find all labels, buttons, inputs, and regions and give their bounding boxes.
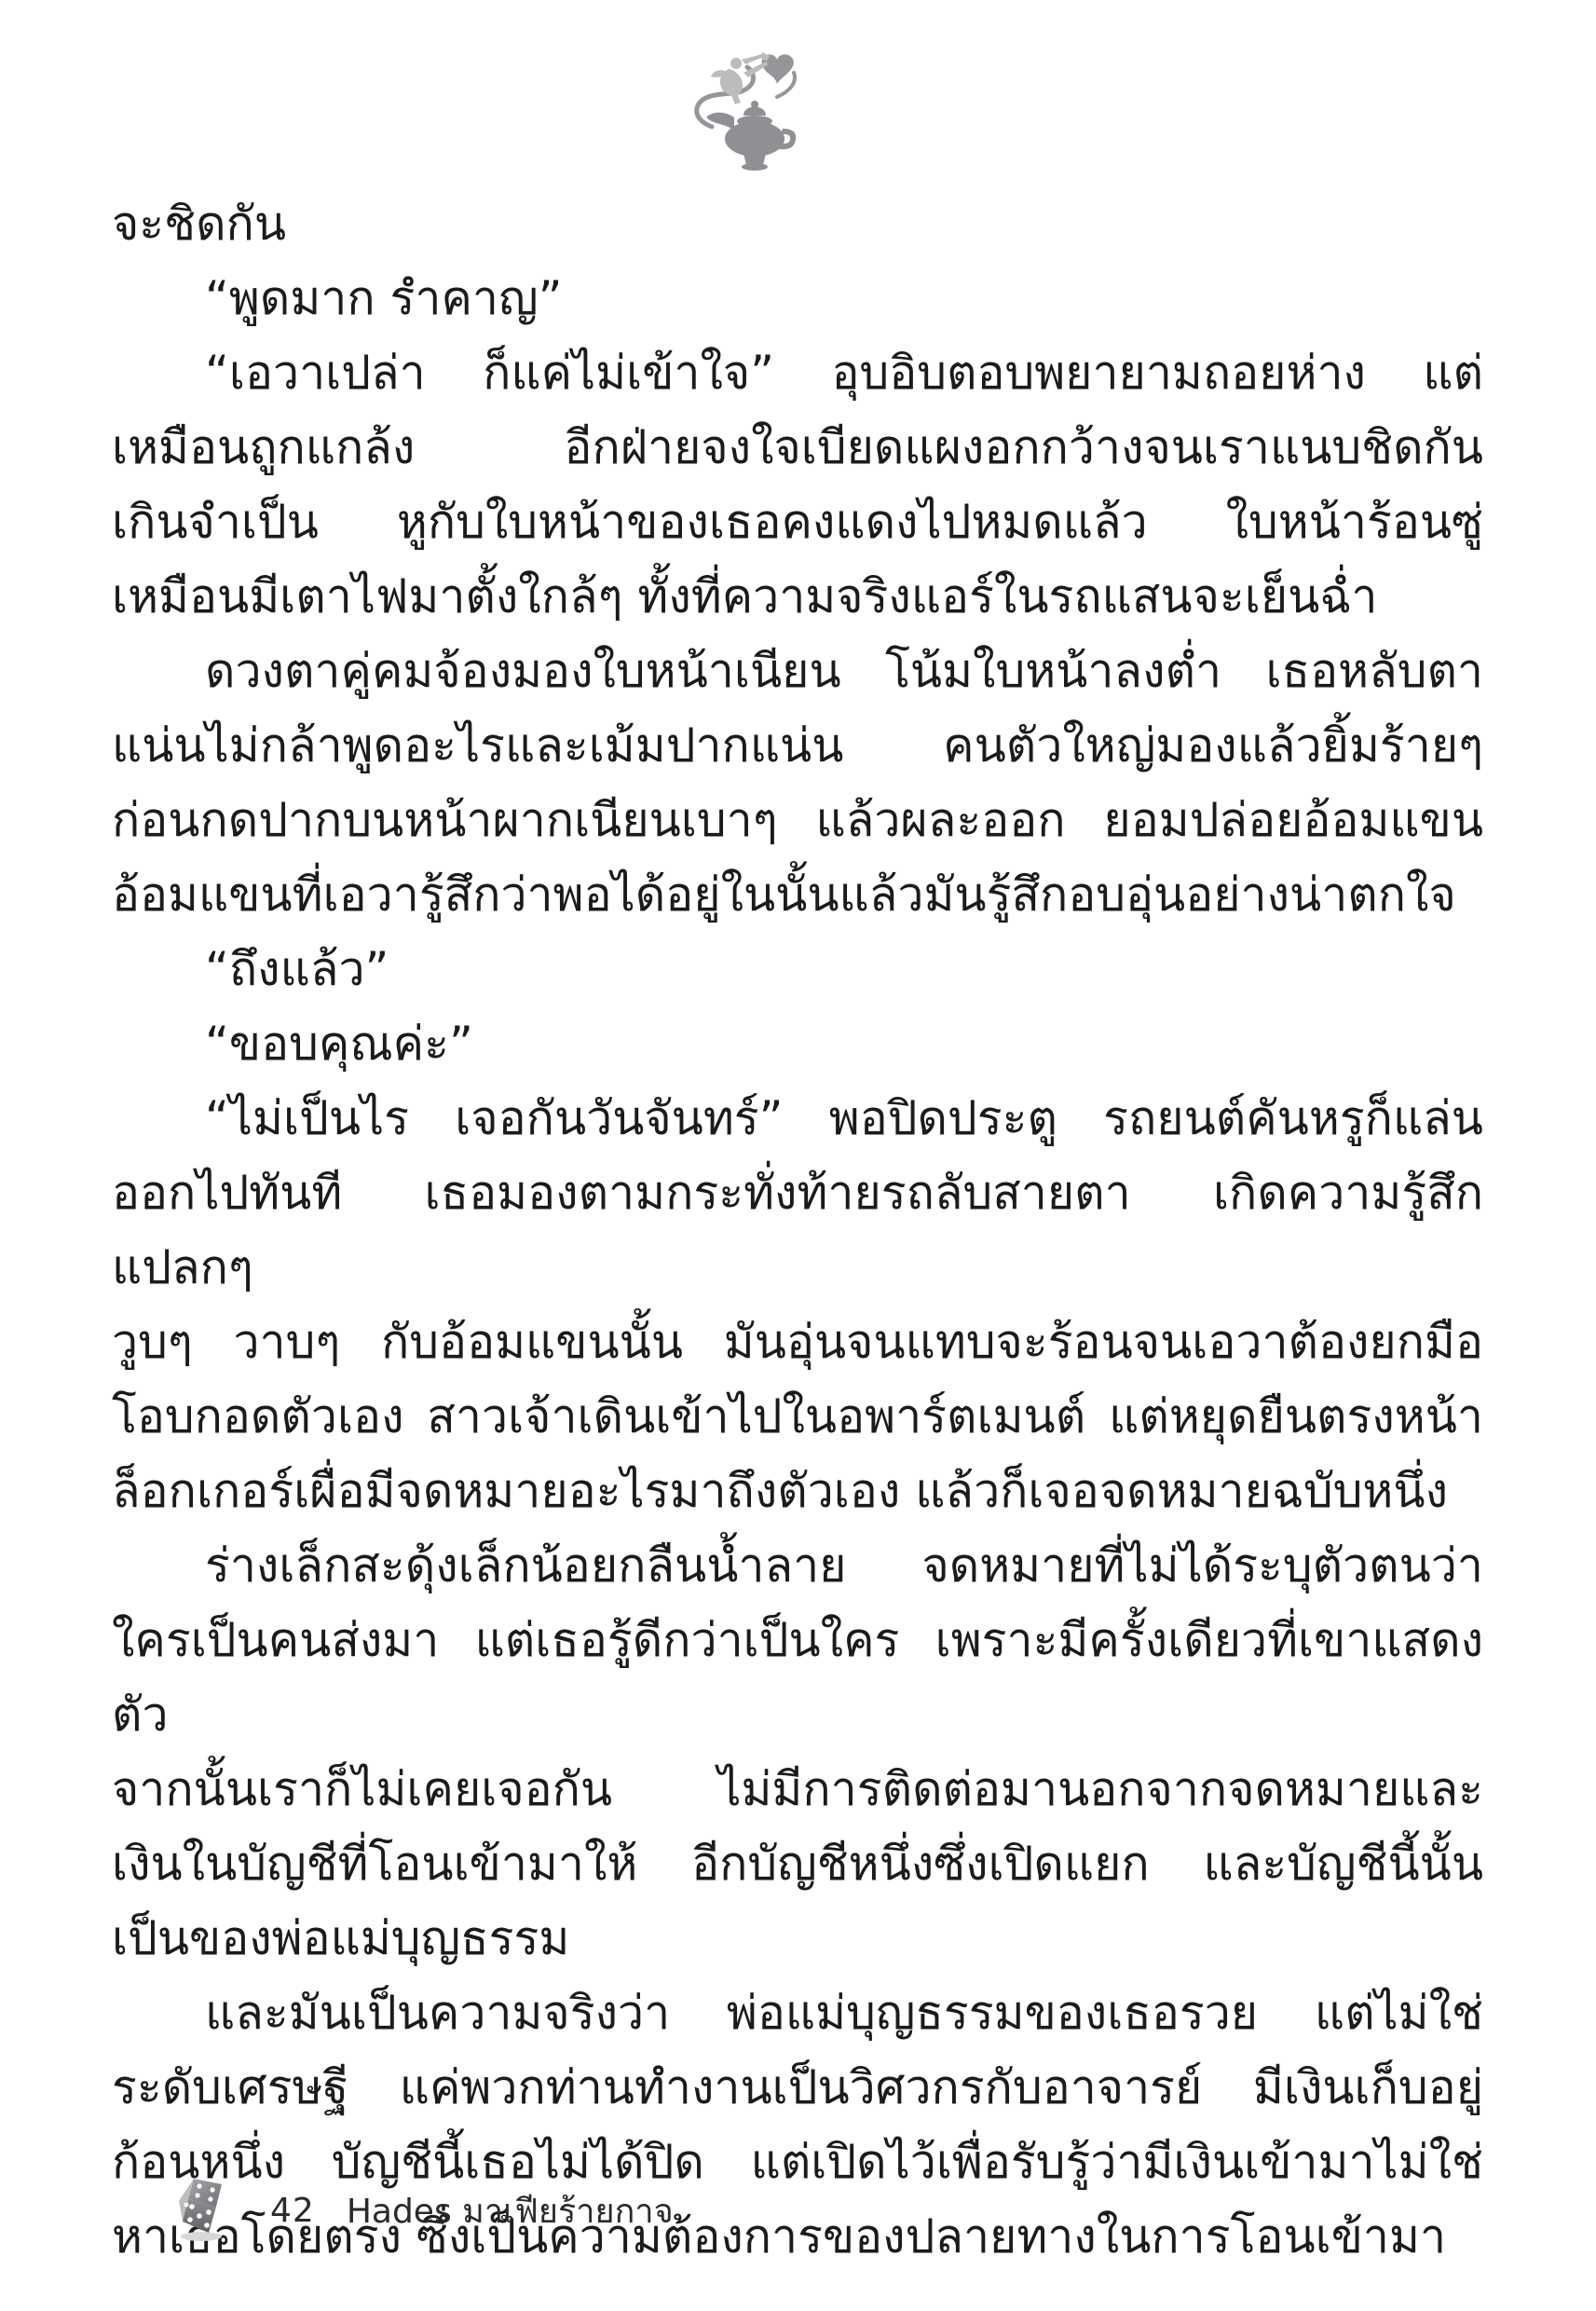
- text-line: และมันเป็นความจริงว่า พ่อแม่บุญธรรมของเธ…: [112, 1976, 1483, 2050]
- book-page: จะชิดกัน“พูดมาก รำคาญ”“เอวาเปล่า ก็แค่ไม…: [0, 0, 1596, 2311]
- text-line: ล็อกเกอร์เผื่อมีจดหมายอะไรมาถึงตัวเอง แล…: [112, 1454, 1483, 1528]
- genie-lamp-ornament-icon: [688, 48, 818, 179]
- text-line: วูบๆ วาบๆ กับอ้อมแขนนั้น มันอุ่นจนแทบจะร…: [112, 1305, 1483, 1379]
- text-line: ร่างเล็กสะดุ้งเล็กน้อยกลืนน้ำลาย จดหมายท…: [112, 1528, 1483, 1603]
- text-line: “ถึงแล้ว”: [112, 932, 1483, 1006]
- page-footer: 42 Hades มาเฟียร้ายกาจ: [175, 2177, 674, 2244]
- text-line: เงินในบัญชีที่โอนเข้ามาให้ อีกบัญชีหนึ่ง…: [112, 1826, 1483, 1901]
- text-line: “พูดมาก รำคาญ”: [112, 261, 1483, 335]
- text-line: เกินจำเป็น หูกับใบหน้าของเธอคงแดงไปหมดแล…: [112, 485, 1483, 559]
- text-line: อ้อมแขนที่เอวารู้สึกว่าพอได้อยู่ในนั้นแล…: [112, 857, 1483, 932]
- text-line: โอบกอดตัวเอง สาวเจ้าเดินเข้าไปในอพาร์ตเม…: [112, 1379, 1483, 1454]
- text-line: จะชิดกัน: [112, 186, 1483, 261]
- text-line: แน่นไม่กล้าพูดอะไรและเม้มปากแน่น คนตัวให…: [112, 708, 1483, 783]
- text-line: “ขอบคุณค่ะ”: [112, 1006, 1483, 1081]
- text-line: ระดับเศรษฐี แค่พวกท่านทำงานเป็นวิศวกรกับ…: [112, 2050, 1483, 2125]
- text-line: เหมือนถูกแกล้ง อีกฝ่ายจงใจเบียดแผงอกกว้า…: [112, 410, 1483, 485]
- text-line: จากนั้นเราก็ไม่เคยเจอกัน ไม่มีการติดต่อม…: [112, 1752, 1483, 1826]
- text-line: ออกไปทันที เธอมองตามกระทั่งท้ายรถลับสายต…: [112, 1155, 1483, 1305]
- page-number: 42: [270, 2192, 315, 2230]
- dice-icon: [175, 2177, 231, 2244]
- dice-shadow: [181, 2232, 222, 2241]
- text-line: เป็นของพ่อแม่บุญธรรม: [112, 1901, 1483, 1976]
- lamp-icon: [706, 101, 796, 171]
- text-line: “ไม่เป็นไร เจอกันวันจันทร์” พอปิดประตู ร…: [112, 1081, 1483, 1155]
- text-line: ก่อนกดปากบนหน้าผากเนียนเบาๆ แล้วผละออก ย…: [112, 783, 1483, 857]
- text-line: เหมือนมีเตาไฟมาตั้งใกล้ๆ ทั้งที่ความจริง…: [112, 559, 1483, 634]
- text-line: ดวงตาคู่คมจ้องมองใบหน้าเนียน โน้มใบหน้าล…: [112, 634, 1483, 708]
- text-line: ใครเป็นคนส่งมา แต่เธอรู้ดีกว่าเป็นใคร เพ…: [112, 1603, 1483, 1752]
- page-text: จะชิดกัน“พูดมาก รำคาญ”“เอวาเปล่า ก็แค่ไม…: [112, 186, 1483, 2274]
- book-title: Hades มาเฟียร้ายกาจ: [347, 2184, 674, 2237]
- text-line: “เอวาเปล่า ก็แค่ไม่เข้าใจ” อุบอิบตอบพยาย…: [112, 335, 1483, 410]
